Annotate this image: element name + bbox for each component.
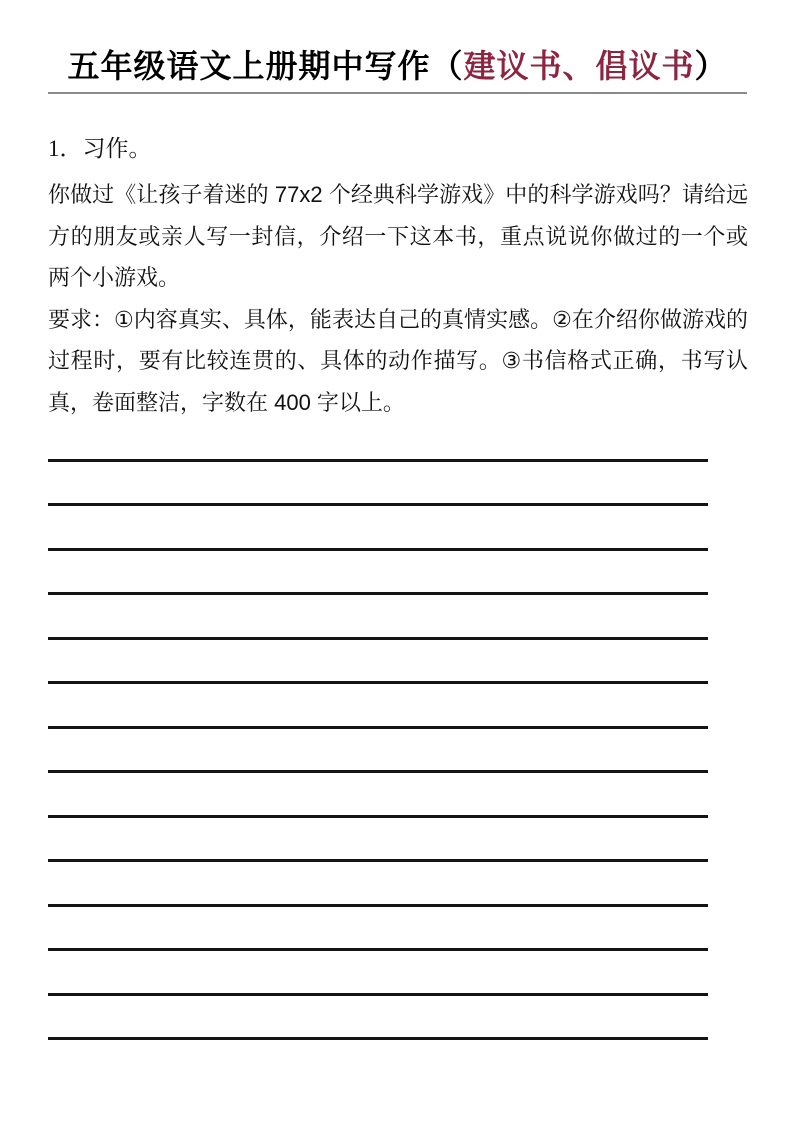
writing-line (48, 506, 708, 551)
writing-line (48, 773, 708, 818)
title-highlight: 建议书、倡议书 (464, 48, 695, 84)
writing-line (48, 551, 708, 596)
page-title: 五年级语文上册期中写作（建议书、倡议书） (48, 46, 747, 94)
answer-lines (48, 417, 708, 1040)
writing-line (48, 907, 708, 952)
writing-line (48, 818, 708, 863)
prompt-paragraph: 你做过《让孩子着迷的 77x2 个经典科学游戏》中的科学游戏吗？请给远方的朋友或… (48, 174, 748, 299)
writing-line (48, 640, 708, 685)
writing-line (48, 417, 708, 462)
worksheet-page: 五年级语文上册期中写作（建议书、倡议书） 1．习作。 你做过《让孩子着迷的 77… (0, 0, 793, 1122)
title-main: 五年级语文上册期中写作 (67, 48, 430, 84)
writing-line (48, 729, 708, 774)
writing-line (48, 684, 708, 729)
requirements-paragraph: 要求：①内容真实、具体，能表达自己的真情实感。②在介绍你做游戏的过程时，要有比较… (48, 299, 748, 424)
title-paren-open: （ (430, 48, 463, 84)
section-heading: 1．习作。 (48, 134, 747, 164)
writing-line (48, 462, 708, 507)
writing-line (48, 996, 708, 1041)
title-paren-close: ） (695, 48, 728, 84)
writing-line (48, 595, 708, 640)
writing-line (48, 862, 708, 907)
writing-line (48, 951, 708, 996)
